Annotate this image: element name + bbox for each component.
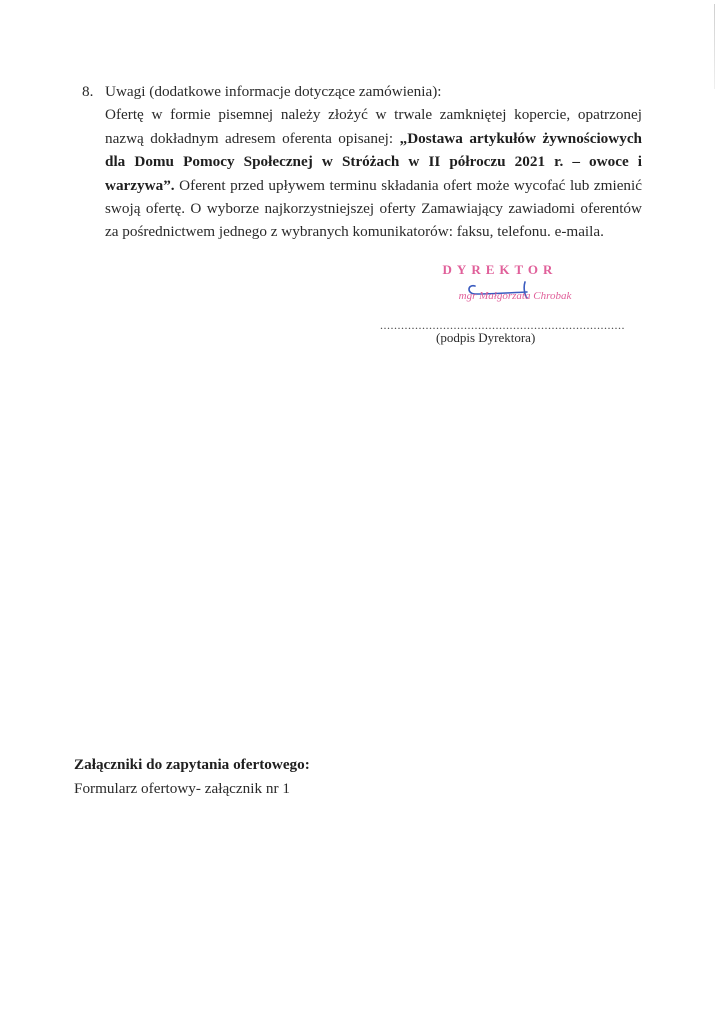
attachments-section: Załączniki do zapytania ofertowego: Form…	[74, 753, 310, 801]
director-stamp: DYREKTOR mgr Małgorzata Chrobak	[380, 262, 620, 302]
section-8: 8. Uwagi (dodatkowe informacje dotyczące…	[82, 80, 642, 244]
attachment-item: Formularz ofertowy- załącznik nr 1	[74, 777, 310, 801]
body-rest: Oferent przed upływem terminu składania …	[105, 177, 642, 241]
section-body: Ofertę w formie pisemnej należy złożyć w…	[105, 103, 642, 243]
section-heading: Uwagi (dodatkowe informacje dotyczące za…	[105, 80, 442, 103]
stamp-name: mgr Małgorzata Chrobak	[380, 290, 620, 302]
section-number: 8.	[82, 80, 105, 103]
stamp-title: DYREKTOR	[380, 262, 620, 278]
scan-edge-line	[714, 4, 715, 89]
attachments-title: Załączniki do zapytania ofertowego:	[74, 753, 310, 777]
signature-caption: (podpis Dyrektora)	[436, 330, 535, 346]
section-heading-row: 8. Uwagi (dodatkowe informacje dotyczące…	[82, 80, 642, 103]
